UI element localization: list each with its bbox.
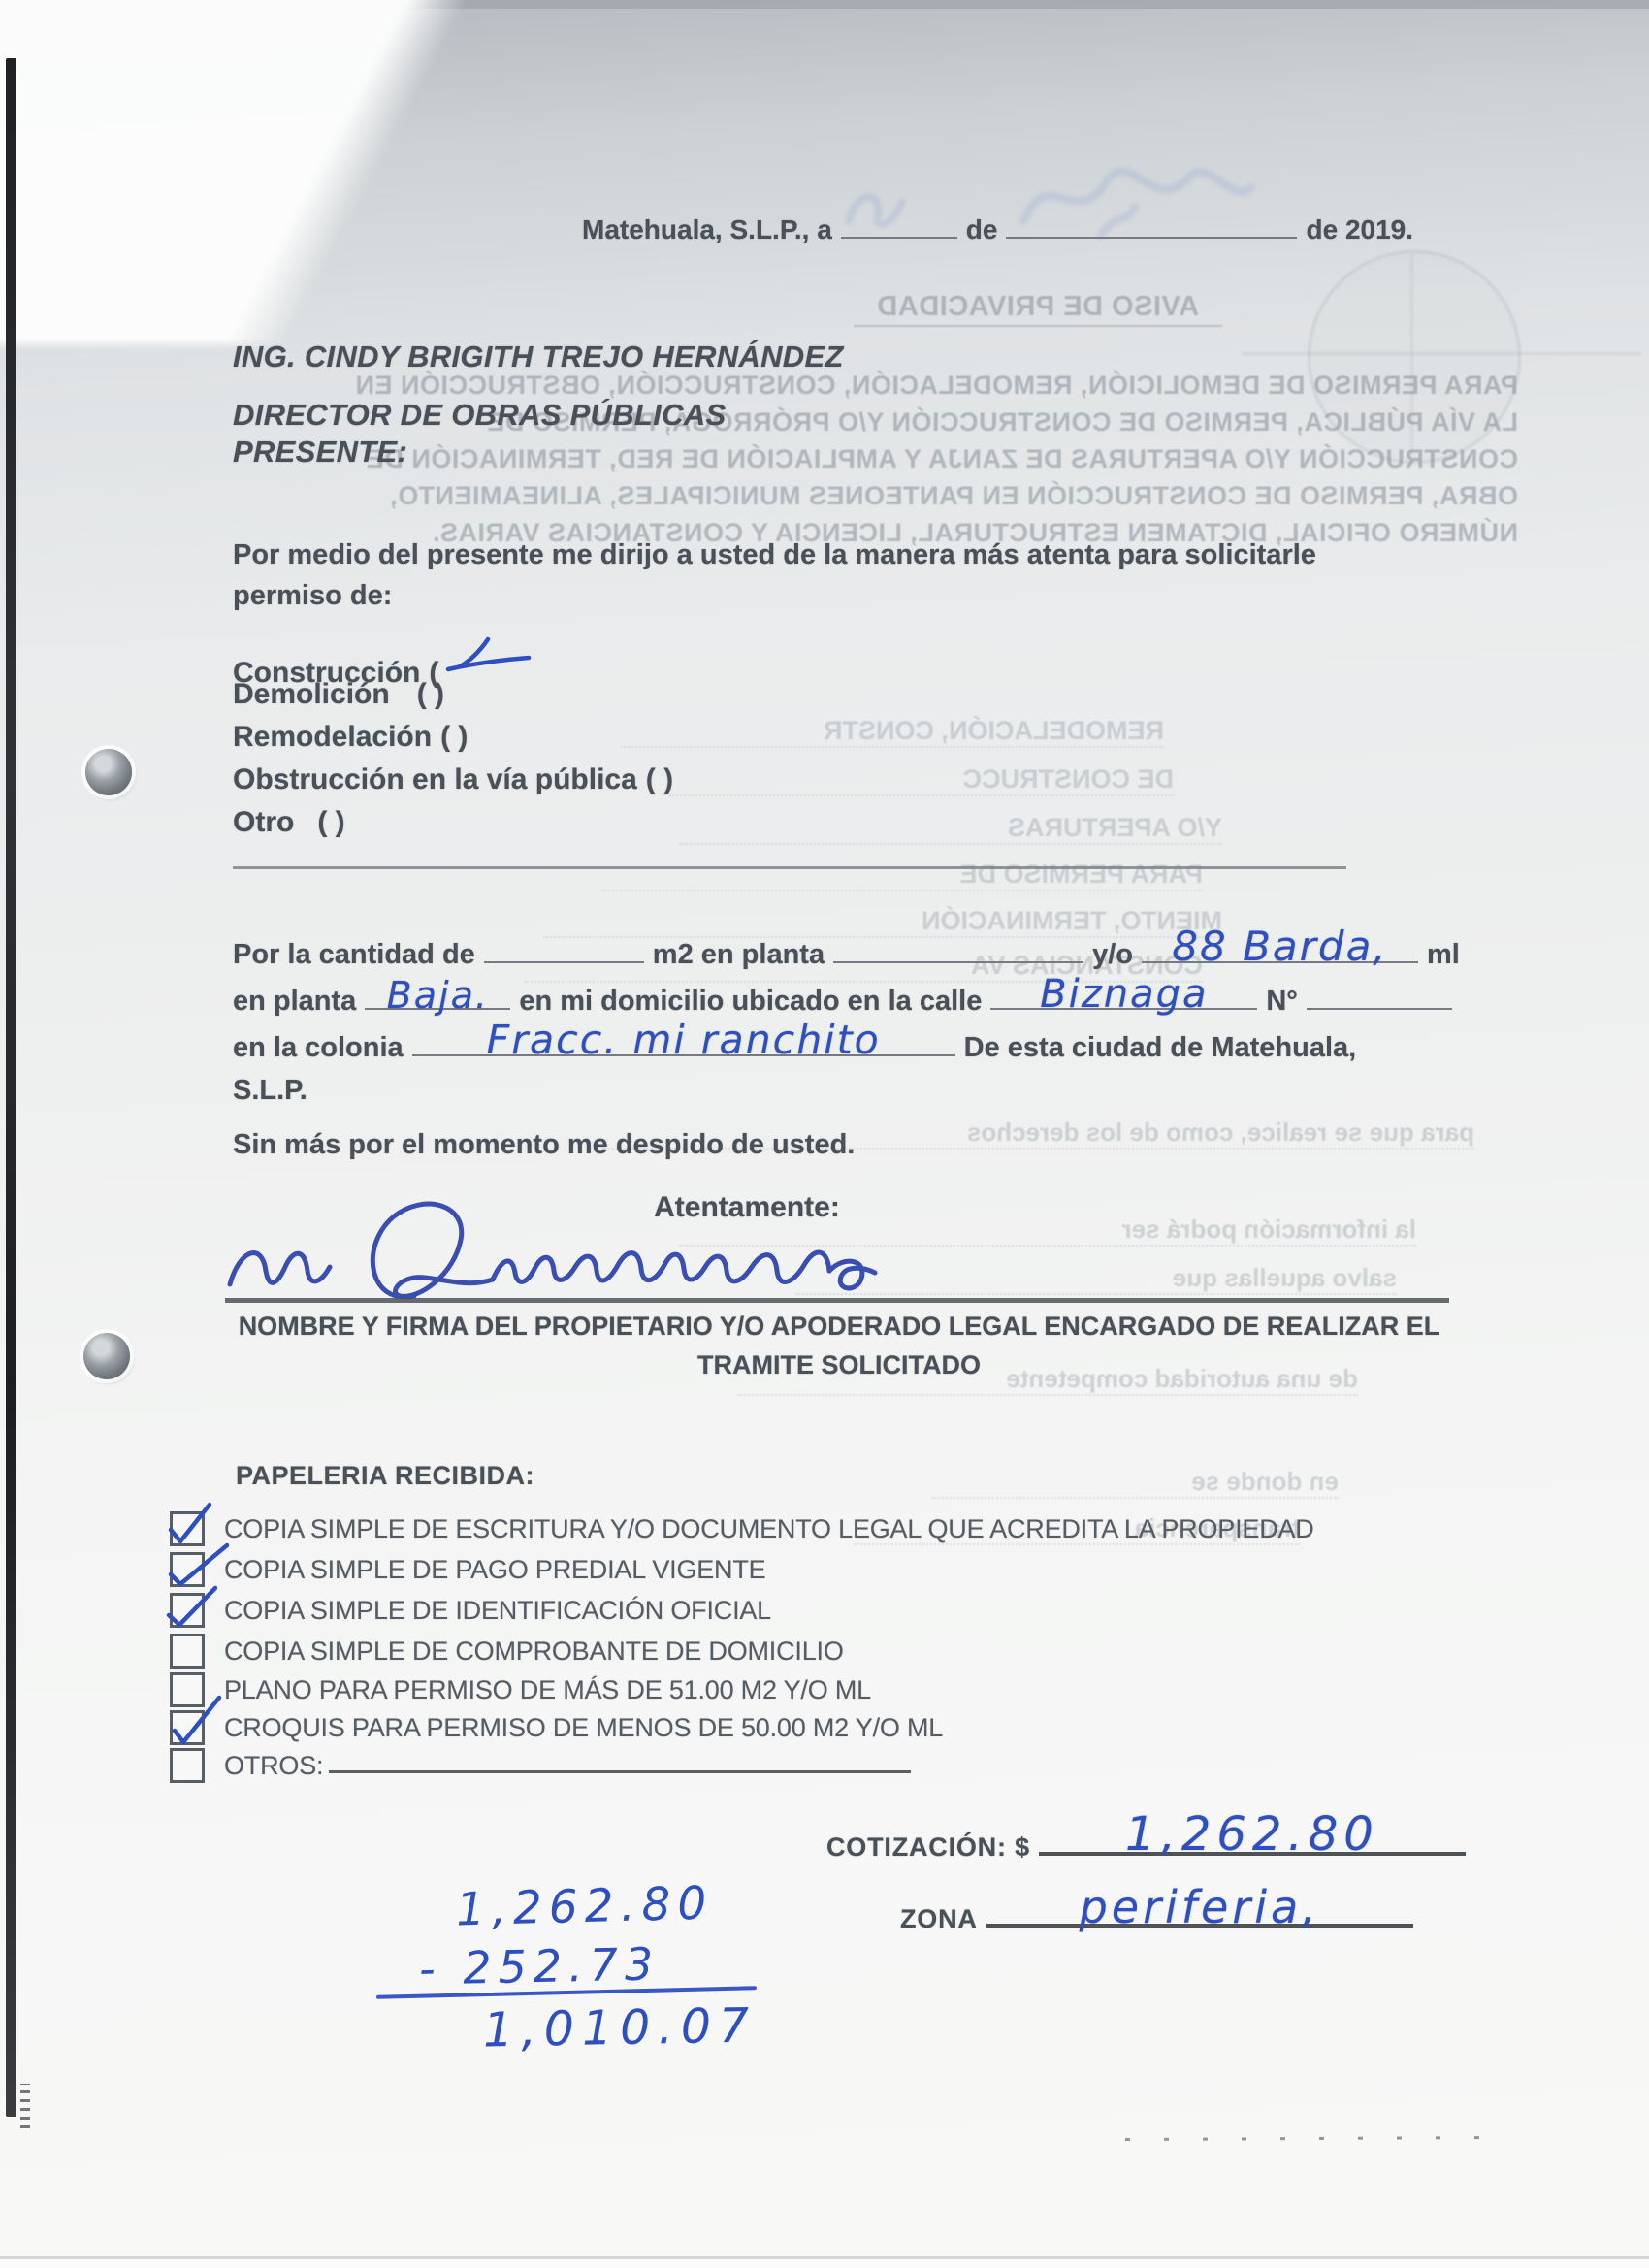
option-label: Obstrucción en la vía pública [233, 763, 637, 796]
checklist-label: COPIA SIMPLE DE COMPROBANTE DE DOMICILIO [224, 1636, 844, 1667]
scan-left-strip [6, 58, 16, 2117]
handwritten-math-result: 1,010.07 [483, 1998, 758, 2058]
handwritten-cotizacion-value: 1,262.80 [1039, 1811, 1466, 1858]
punch-hole [85, 749, 132, 795]
addressee-title: DIRECTOR DE OBRAS PÚBLICAS [233, 398, 726, 433]
bleedthrough-fragment: PARA PERMISO DE [601, 859, 1203, 891]
erased-scribble [1009, 153, 1261, 245]
checklist-item-identificacion: COPIA SIMPLE DE IDENTIFICACIÓN OFICIAL [170, 1593, 771, 1628]
bleedthrough-fragment: MIENTO, TERMINACIÓN [543, 906, 1222, 938]
closing-line: Sin más por el momento me despido de ust… [233, 1129, 855, 1161]
qty-label-8: en la colonia [233, 1032, 404, 1064]
handwritten-math-minuend: 1,262.80 [455, 1877, 714, 1937]
quantity-line-3: en la colonia Fracc. mi ranchito De esta… [233, 1030, 1365, 1064]
zona-line: ZONA periferia, [900, 1901, 1422, 1934]
bleedthrough-fragment: en donde se [931, 1467, 1339, 1499]
handwritten-check-mark [171, 1692, 229, 1750]
planta-blank [833, 937, 1083, 963]
qty-label-5: en planta [233, 986, 356, 1018]
qty-label-2: m2 en planta [653, 939, 824, 971]
quantity-line-4-slp: S.L.P. [233, 1075, 307, 1107]
checkbox [170, 1511, 205, 1546]
scan-bottom-margin [0, 2259, 1649, 2268]
checklist-item-predial: COPIA SIMPLE DE PAGO PREDIAL VIGENTE [170, 1552, 765, 1587]
handwritten-ml-value: 88 Barda, [1142, 926, 1418, 967]
bleedthrough-fragment: REMODELACIÓN, CONSTR [621, 716, 1164, 748]
qty-label-9: De esta ciudad de Matehuala, [964, 1032, 1357, 1064]
handwritten-math-subtrahend: - 252.73 [418, 1937, 660, 1994]
cotizacion-label: COTIZACIÓN: $ [826, 1832, 1030, 1863]
addressee-name: ING. CINDY BRIGITH TREJO HERNÁNDEZ [233, 340, 844, 374]
checklist-label: COPIA SIMPLE DE ESCRITURA Y/O DOCUMENTO … [224, 1514, 1314, 1544]
qty-label-4: ml [1427, 939, 1460, 971]
option-obstruccion: Obstrucción en la vía pública ( ) [233, 763, 682, 796]
option-demolicion: Demolición ( ) [233, 678, 453, 711]
scan-speckle-line [1125, 2136, 1505, 2141]
qty-label-6: en mi domicilio ubicado en la calle [519, 986, 982, 1018]
qty-label-1: Por la cantidad de [233, 939, 475, 971]
option-label: Remodelación [233, 721, 432, 754]
checklist-label: COPIA SIMPLE DE PAGO PREDIAL VIGENTE [224, 1555, 765, 1585]
date-year-label: de 2019. [1306, 214, 1413, 245]
handwritten-zona-value: periferia, [986, 1885, 1413, 1929]
scanned-permit-form: AVISO DE PRIVACIDAD PARA PERMISO DE DEMO… [0, 0, 1649, 2268]
date-de-label: de [966, 214, 998, 245]
bleedthrough-fragment: Y/O APERTURAS [679, 813, 1222, 845]
zona-blank: periferia, [986, 1901, 1413, 1928]
qty-label-3: y/o [1092, 939, 1133, 971]
bleedthrough-fragment: DE CONSTRUCC [669, 764, 1174, 796]
option-parens: ( ) [440, 721, 468, 754]
handwritten-planta: Baja. [365, 977, 510, 1014]
checkbox [170, 1634, 205, 1669]
punch-hole [83, 1333, 130, 1379]
intro-paragraph-line2: permiso de: [233, 580, 392, 612]
option-parens: ( ) [317, 806, 344, 839]
option-parens: ( ) [417, 678, 444, 711]
bleedthrough-line: CONSTRUCCIÓN Y/O APERTURAS DE ZANJA Y AM… [320, 444, 1518, 474]
scan-left-strip-marks [20, 2084, 30, 2128]
handwritten-check-mark [165, 1582, 223, 1635]
option-label: Otro [233, 806, 294, 839]
watermark-cross-horizontal [1242, 352, 1641, 355]
checklist-item-croquis: CROQUIS PARA PERMISO DE MENOS DE 50.00 M… [170, 1710, 943, 1745]
otro-blank-rule [233, 866, 1346, 869]
ml-blank: 88 Barda, [1142, 937, 1418, 963]
intro-paragraph-line1: Por medio del presente me dirijo a usted… [233, 539, 1316, 571]
checklist-item-escritura: COPIA SIMPLE DE ESCRITURA Y/O DOCUMENTO … [170, 1511, 1314, 1546]
bleedthrough-line: PARA PERMISO DE DEMOLICIÓN, REMODELACIÓN… [320, 371, 1518, 401]
bleedthrough-line: OBRA, PERMISO DE CONSTRUCCIÓN EN PANTEON… [320, 481, 1518, 511]
signature-line [225, 1298, 1449, 1303]
quantity-line-1: Por la cantidad de m2 en planta y/o 88 B… [233, 937, 1469, 971]
planta-baja-blank: Baja. [365, 984, 510, 1010]
checklist-item-otros: OTROS: [170, 1748, 911, 1783]
checkbox [170, 1593, 205, 1628]
date-city-label: Matehuala, S.L.P., a [582, 214, 832, 245]
m2-blank [484, 937, 644, 963]
checklist-item-comprobante: COPIA SIMPLE DE COMPROBANTE DE DOMICILIO [170, 1634, 844, 1669]
handwritten-colonia: Fracc. mi ranchito [412, 1021, 955, 1060]
quantity-line-2: en planta Baja. en mi domicilio ubicado … [233, 984, 1461, 1018]
handwritten-check-mark [443, 635, 533, 682]
handwritten-calle: Biznaga [990, 975, 1257, 1014]
option-label: Demolición [233, 678, 390, 711]
colonia-blank: Fracc. mi ranchito [412, 1030, 955, 1056]
bleedthrough-title: AVISO DE PRIVACIDAD [854, 291, 1222, 327]
zona-label: ZONA [900, 1904, 978, 1934]
checklist-item-plano: PLANO PARA PERMISO DE MÁS DE 51.00 M2 Y/… [170, 1672, 871, 1707]
addressee-presente: PRESENTE: [233, 435, 407, 470]
date-line: Matehuala, S.L.P., a de de 2019. [582, 213, 1422, 245]
numero-blank [1307, 984, 1452, 1010]
scan-corner-paper-wedge [0, 0, 635, 344]
paperwork-title: PAPELERIA RECIBIDA: [236, 1461, 534, 1491]
checkbox [170, 1748, 205, 1783]
checklist-label: CROQUIS PARA PERMISO DE MENOS DE 50.00 M… [224, 1713, 943, 1743]
checklist-label: OTROS: [224, 1751, 323, 1781]
option-parens: ( ) [646, 763, 673, 796]
checklist-label: PLANO PARA PERMISO DE MÁS DE 51.00 M2 Y/… [224, 1675, 871, 1705]
otros-blank [329, 1758, 911, 1774]
checklist-label: COPIA SIMPLE DE IDENTIFICACIÓN OFICIAL [224, 1596, 771, 1626]
calle-blank: Biznaga [990, 984, 1257, 1010]
cotizacion-line: COTIZACIÓN: $ 1,262.80 [826, 1830, 1474, 1863]
signature-caption-line2: TRAMITE SOLICITADO [223, 1350, 1455, 1380]
checkbox [170, 1710, 205, 1745]
option-otro: Otro ( ) [233, 806, 354, 839]
signature-caption-line1: NOMBRE Y FIRMA DEL PROPIETARIO Y/O APODE… [223, 1312, 1455, 1342]
option-remodelacion: Remodelación ( ) [233, 721, 476, 754]
erased-scribble [820, 173, 926, 241]
qty-label-7: N° [1266, 986, 1298, 1018]
cotizacion-blank: 1,262.80 [1039, 1830, 1466, 1856]
handwritten-signature [215, 1189, 933, 1306]
